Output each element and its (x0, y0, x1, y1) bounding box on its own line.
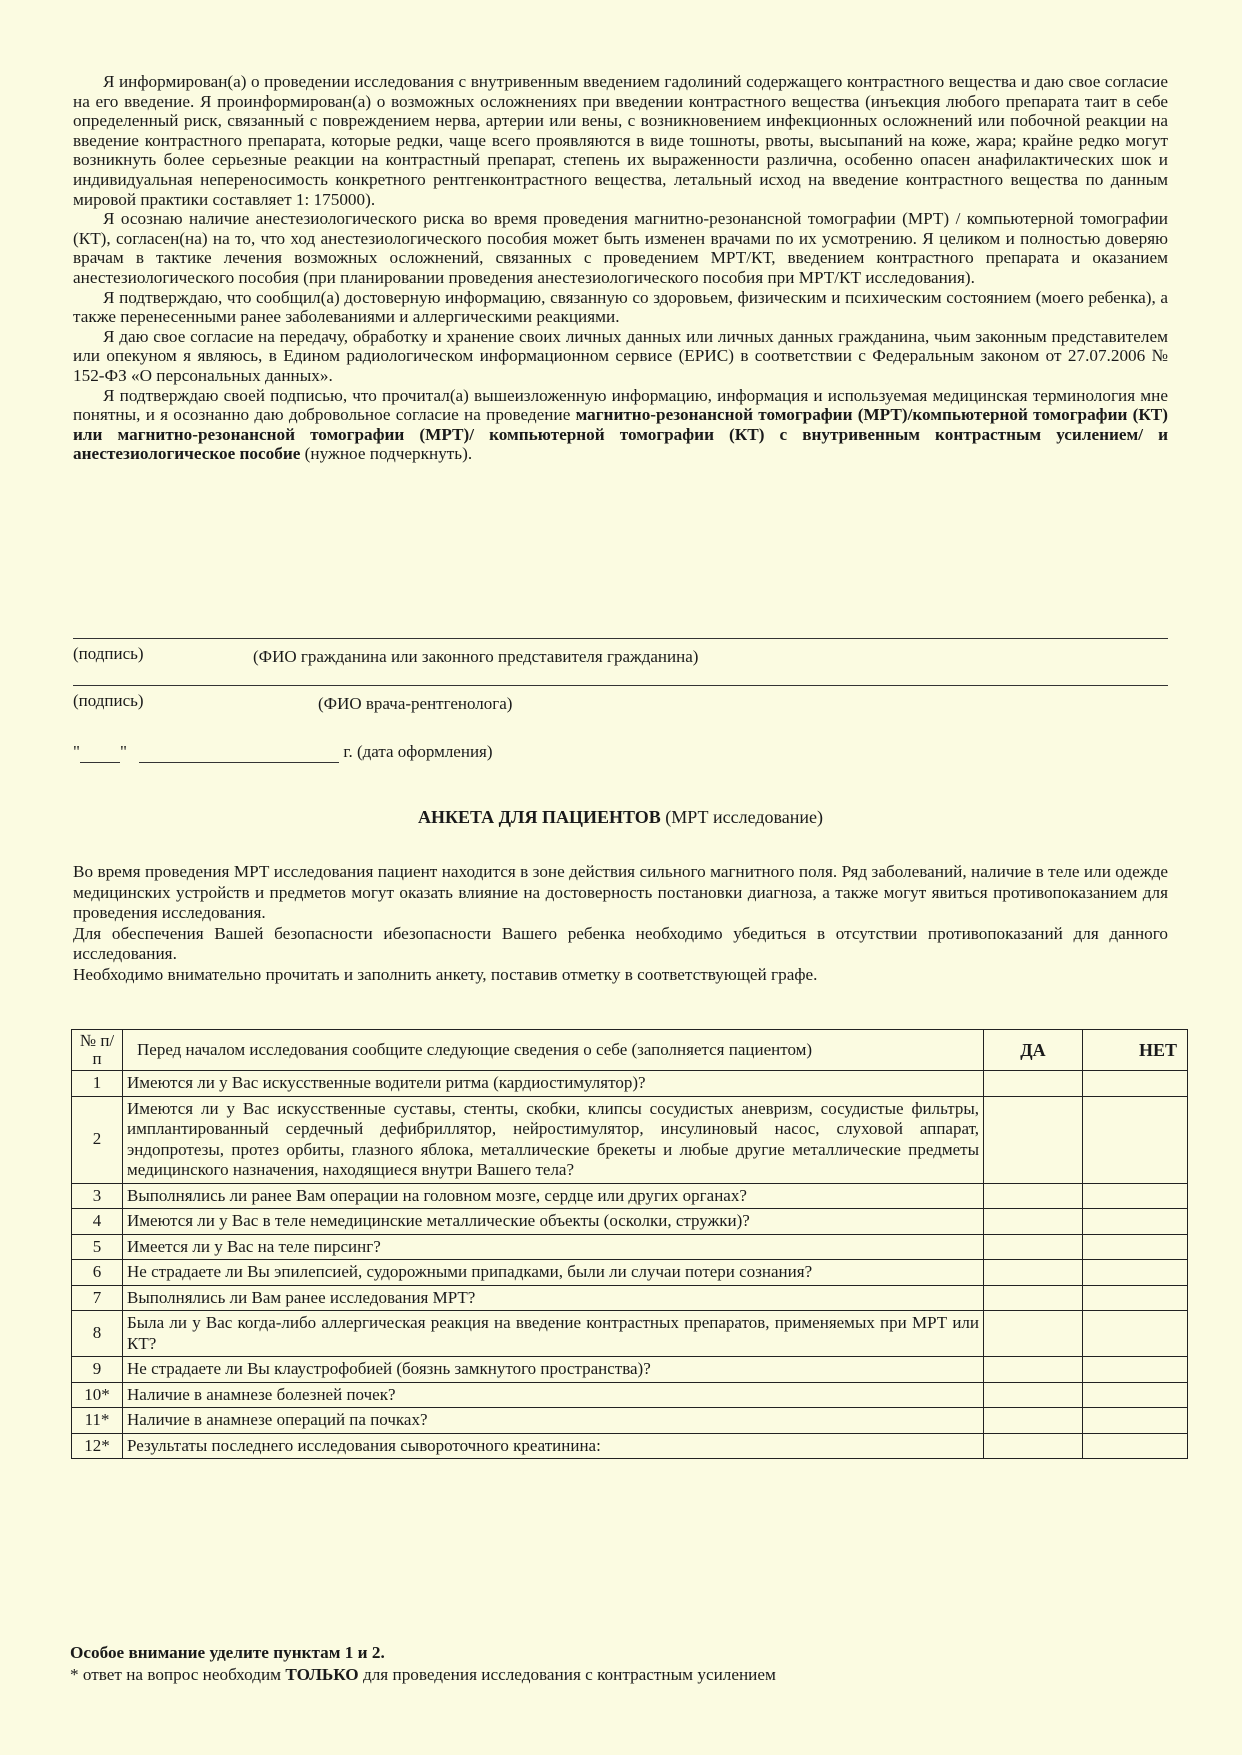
table-row: 10*Наличие в анамнезе болезней почек? (72, 1382, 1188, 1408)
questionnaire-title: АНКЕТА ДЛЯ ПАЦИЕНТОВ (МРТ исследование) (73, 807, 1168, 828)
row-number: 11* (72, 1408, 123, 1434)
signature-block: (подпись) (ФИО гражданина или законного … (73, 638, 1168, 716)
answer-no-cell[interactable] (1083, 1071, 1188, 1097)
answer-no-cell[interactable] (1083, 1433, 1188, 1459)
table-row: 11*Наличие в анамнезе операций па почках… (72, 1408, 1188, 1434)
answer-yes-cell[interactable] (984, 1408, 1083, 1434)
intro-paragraph: Во время проведения МРТ исследования пац… (73, 862, 1168, 924)
contrast-note-pre: * ответ на вопрос необходим (70, 1665, 285, 1684)
col-header-number: № п/п (72, 1030, 123, 1071)
answer-no-cell[interactable] (1083, 1357, 1188, 1383)
col-header-yes: ДА (984, 1030, 1083, 1071)
table-header-row: № п/п Перед началом исследования сообщит… (72, 1030, 1188, 1071)
table-row: 4Имеются ли у Вас в теле немедицинские м… (72, 1209, 1188, 1235)
document-page: Я информирован(а) о проведении исследова… (73, 72, 1168, 464)
answer-yes-cell[interactable] (984, 1096, 1083, 1183)
row-number: 4 (72, 1209, 123, 1235)
answer-no-cell[interactable] (1083, 1234, 1188, 1260)
row-question: Имеются ли у Вас в теле немедицинские ме… (123, 1209, 984, 1235)
row-question: Результаты последнего исследования сывор… (123, 1433, 984, 1459)
date-label: г. (дата оформления) (343, 742, 492, 761)
questionnaire-footer: Особое внимание уделите пунктам 1 и 2. *… (70, 1642, 776, 1686)
contrast-note-emphasis: ТОЛЬКО (285, 1665, 358, 1684)
consent-text: Я информирован(а) о проведении исследова… (73, 72, 1168, 464)
citizen-name-label: (ФИО гражданина или законного представит… (253, 647, 698, 667)
contrast-note-post: для проведения исследования с контрастны… (359, 1665, 776, 1684)
contrast-note: * ответ на вопрос необходим ТОЛЬКО для п… (70, 1664, 776, 1686)
col-header-question: Перед началом исследования сообщите след… (123, 1030, 984, 1071)
questionnaire-intro: Во время проведения МРТ исследования пац… (73, 862, 1168, 986)
row-question: Выполнялись ли Вам ранее исследования МР… (123, 1285, 984, 1311)
doctor-signature-row: (подпись) (ФИО врача-рентгенолога) (73, 686, 1168, 716)
answer-yes-cell[interactable] (984, 1285, 1083, 1311)
consent-paragraph-anesthesia: Я осознаю наличие анестезиологического р… (73, 209, 1168, 287)
date-row: " " г. (дата оформления) (73, 742, 493, 763)
row-number: 9 (72, 1357, 123, 1383)
answer-no-cell[interactable] (1083, 1260, 1188, 1286)
row-number: 5 (72, 1234, 123, 1260)
row-number: 3 (72, 1183, 123, 1209)
answer-no-cell[interactable] (1083, 1096, 1188, 1183)
questionnaire-table: № п/п Перед началом исследования сообщит… (71, 1029, 1188, 1459)
date-month-year-field[interactable] (139, 742, 339, 763)
consent-paragraph-personal-data: Я даю свое согласие на передачу, обработ… (73, 327, 1168, 386)
doctor-name-label: (ФИО врача-рентгенолога) (318, 694, 512, 714)
table-row: 8Была ли у Вас когда-либо аллергическая … (72, 1311, 1188, 1357)
row-question: Имеются ли у Вас искусственные суставы, … (123, 1096, 984, 1183)
row-question: Имеется ли у Вас на теле пирсинг? (123, 1234, 984, 1260)
row-number: 8 (72, 1311, 123, 1357)
consent-p5-tail: (нужное подчеркнуть). (300, 444, 472, 463)
row-number: 1 (72, 1071, 123, 1097)
answer-yes-cell[interactable] (984, 1382, 1083, 1408)
answer-no-cell[interactable] (1083, 1183, 1188, 1209)
answer-no-cell[interactable] (1083, 1285, 1188, 1311)
row-question: Была ли у Вас когда-либо аллергическая р… (123, 1311, 984, 1357)
table-row: 7Выполнялись ли Вам ранее исследования М… (72, 1285, 1188, 1311)
row-number: 10* (72, 1382, 123, 1408)
answer-no-cell[interactable] (1083, 1311, 1188, 1357)
row-number: 7 (72, 1285, 123, 1311)
row-question: Наличие в анамнезе болезней почек? (123, 1382, 984, 1408)
row-question: Не страдаете ли Вы клаустрофобией (боязн… (123, 1357, 984, 1383)
table-row: 12*Результаты последнего исследования сы… (72, 1433, 1188, 1459)
table-row: 3Выполнялись ли ранее Вам операции на го… (72, 1183, 1188, 1209)
row-number: 2 (72, 1096, 123, 1183)
table-row: 2Имеются ли у Вас искусственные суставы,… (72, 1096, 1188, 1183)
answer-no-cell[interactable] (1083, 1209, 1188, 1235)
answer-yes-cell[interactable] (984, 1183, 1083, 1209)
table-row: 1Имеются ли у Вас искусственные водители… (72, 1071, 1188, 1097)
answer-yes-cell[interactable] (984, 1071, 1083, 1097)
col-header-no: НЕТ (1083, 1030, 1188, 1071)
citizen-signature-label: (подпись) (73, 644, 144, 664)
attention-note: Особое внимание уделите пунктам 1 и 2. (70, 1642, 776, 1664)
intro-paragraph: Для обеспечения Вашей безопасности ибезо… (73, 924, 1168, 965)
answer-yes-cell[interactable] (984, 1260, 1083, 1286)
consent-paragraph-signature: Я подтверждаю своей подписью, что прочит… (73, 386, 1168, 464)
consent-paragraph-contrast: Я информирован(а) о проведении исследова… (73, 72, 1168, 209)
row-question: Не страдаете ли Вы эпилепсией, судорожны… (123, 1260, 984, 1286)
questionnaire-title-rest: (МРТ исследование) (661, 807, 823, 827)
row-number: 6 (72, 1260, 123, 1286)
row-question: Выполнялись ли ранее Вам операции на гол… (123, 1183, 984, 1209)
answer-no-cell[interactable] (1083, 1382, 1188, 1408)
table-row: 6Не страдаете ли Вы эпилепсией, судорожн… (72, 1260, 1188, 1286)
date-day-field[interactable] (80, 742, 120, 763)
answer-yes-cell[interactable] (984, 1209, 1083, 1235)
date-quote-open: " (73, 742, 80, 761)
intro-paragraph: Необходимо внимательно прочитать и запол… (73, 965, 1168, 986)
consent-paragraph-health-info: Я подтверждаю, что сообщил(а) достоверну… (73, 288, 1168, 327)
table-row: 9Не страдаете ли Вы клаустрофобией (бояз… (72, 1357, 1188, 1383)
answer-yes-cell[interactable] (984, 1311, 1083, 1357)
table-row: 5Имеется ли у Вас на теле пирсинг? (72, 1234, 1188, 1260)
date-quote-close: " (120, 742, 127, 761)
row-question: Имеются ли у Вас искусственные водители … (123, 1071, 984, 1097)
citizen-signature-row: (подпись) (ФИО гражданина или законного … (73, 639, 1168, 669)
doctor-signature-label: (подпись) (73, 691, 144, 711)
row-number: 12* (72, 1433, 123, 1459)
row-question: Наличие в анамнезе операций па почках? (123, 1408, 984, 1434)
answer-yes-cell[interactable] (984, 1234, 1083, 1260)
questionnaire-title-bold: АНКЕТА ДЛЯ ПАЦИЕНТОВ (418, 807, 661, 827)
answer-no-cell[interactable] (1083, 1408, 1188, 1434)
answer-yes-cell[interactable] (984, 1357, 1083, 1383)
answer-yes-cell[interactable] (984, 1433, 1083, 1459)
